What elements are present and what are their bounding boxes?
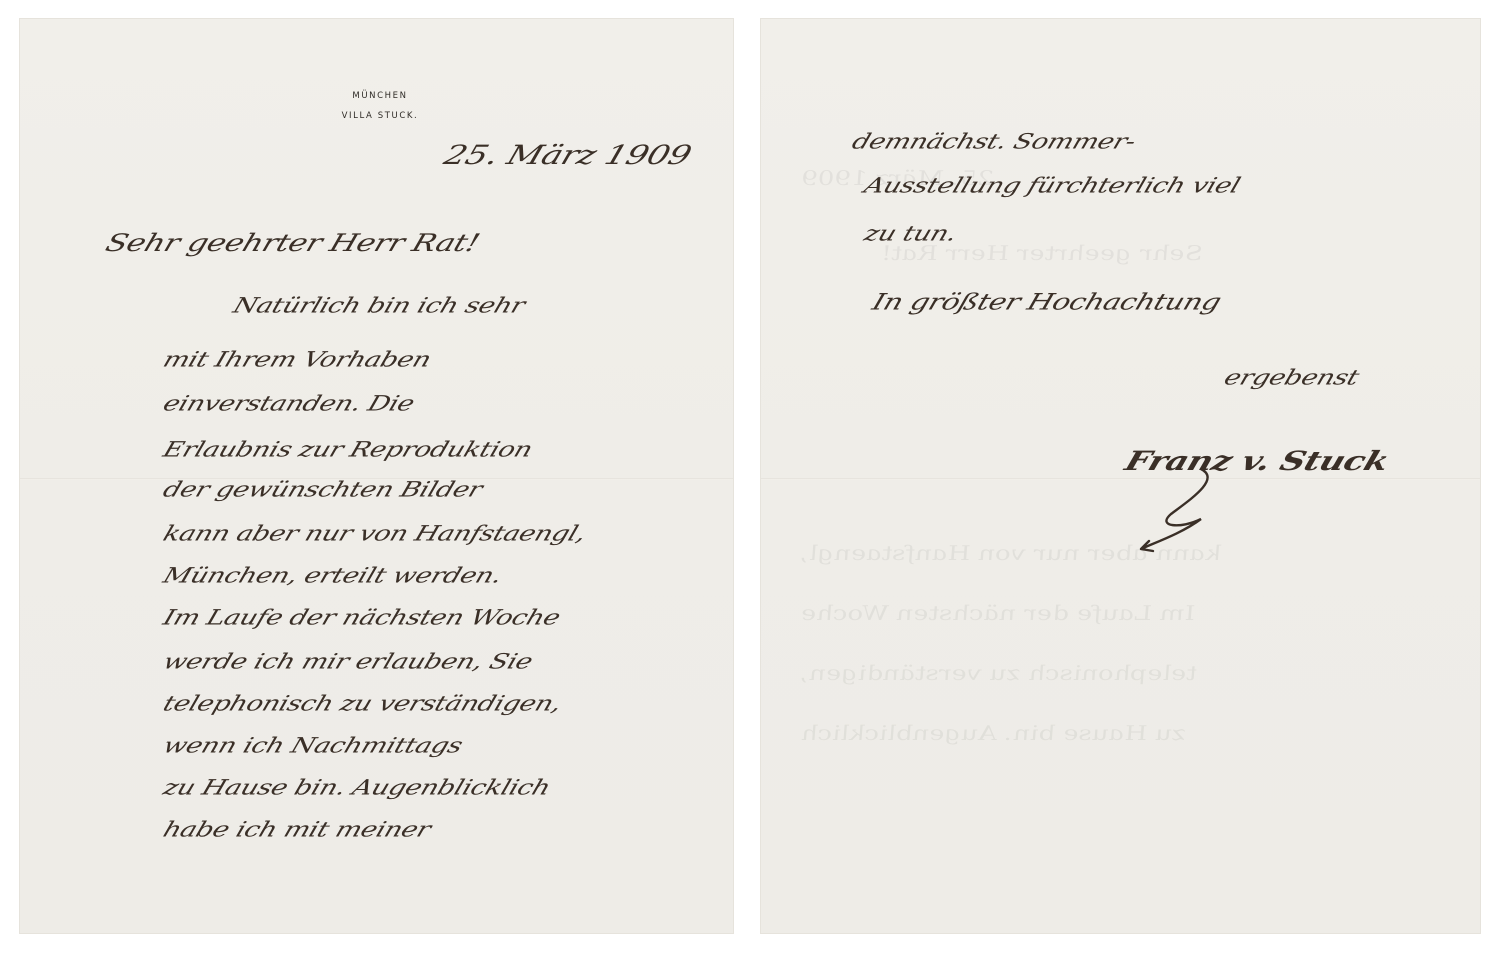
paper-fold-line xyxy=(761,478,1480,480)
closing-line: In größter Hochachtung xyxy=(869,288,1225,315)
body-line: München, erteilt werden. xyxy=(160,564,505,588)
body-line: zu Hause bin. Augenblicklich xyxy=(160,776,553,800)
body-line: zu tun. xyxy=(861,222,960,246)
body-line: habe ich mit meiner xyxy=(160,818,434,842)
letter-salutation: Sehr geehrter Herr Rat! xyxy=(102,229,483,257)
letter-page-right: 25. März 1909 Sehr geehrter Herr Rat! ka… xyxy=(761,19,1480,933)
closing-ergebenst: ergebenst xyxy=(1221,366,1362,390)
body-line: telephonisch zu verständigen, xyxy=(160,692,564,716)
letterhead-villa: VILLA STUCK. xyxy=(325,111,435,121)
bleed-through-text: telephonisch zu verständigen, xyxy=(797,662,1200,685)
body-line: mit Ihrem Vorhaben xyxy=(160,348,434,372)
body-line: demnächst. Sommer- xyxy=(849,130,1139,154)
body-line: Ausstellung fürchterlich viel xyxy=(861,174,1243,198)
letterhead-city: MÜNCHEN xyxy=(325,91,435,101)
body-line: Natürlich bin ich sehr xyxy=(230,294,528,318)
body-line: kann aber nur von Hanfstaengl, xyxy=(160,522,589,546)
body-line: Im Laufe der nächsten Woche xyxy=(160,606,563,630)
letter-page-left: MÜNCHEN VILLA STUCK. 25. März 1909 Sehr … xyxy=(20,19,733,933)
bleed-through-text: Im Laufe der nächsten Woche xyxy=(797,602,1198,625)
signature-flourish-icon xyxy=(1131,459,1251,569)
body-line: der gewünschten Bilder xyxy=(160,478,485,502)
body-line: Erlaubnis zur Reproduktion xyxy=(160,438,535,462)
body-line: werde ich mir erlauben, Sie xyxy=(160,650,536,674)
letter-date: 25. März 1909 xyxy=(440,140,695,171)
bleed-through-text: zu Hause bin. Augenblicklich xyxy=(797,722,1189,745)
body-line: einverstanden. Die xyxy=(160,392,417,416)
body-line: wenn ich Nachmittags xyxy=(160,734,465,758)
